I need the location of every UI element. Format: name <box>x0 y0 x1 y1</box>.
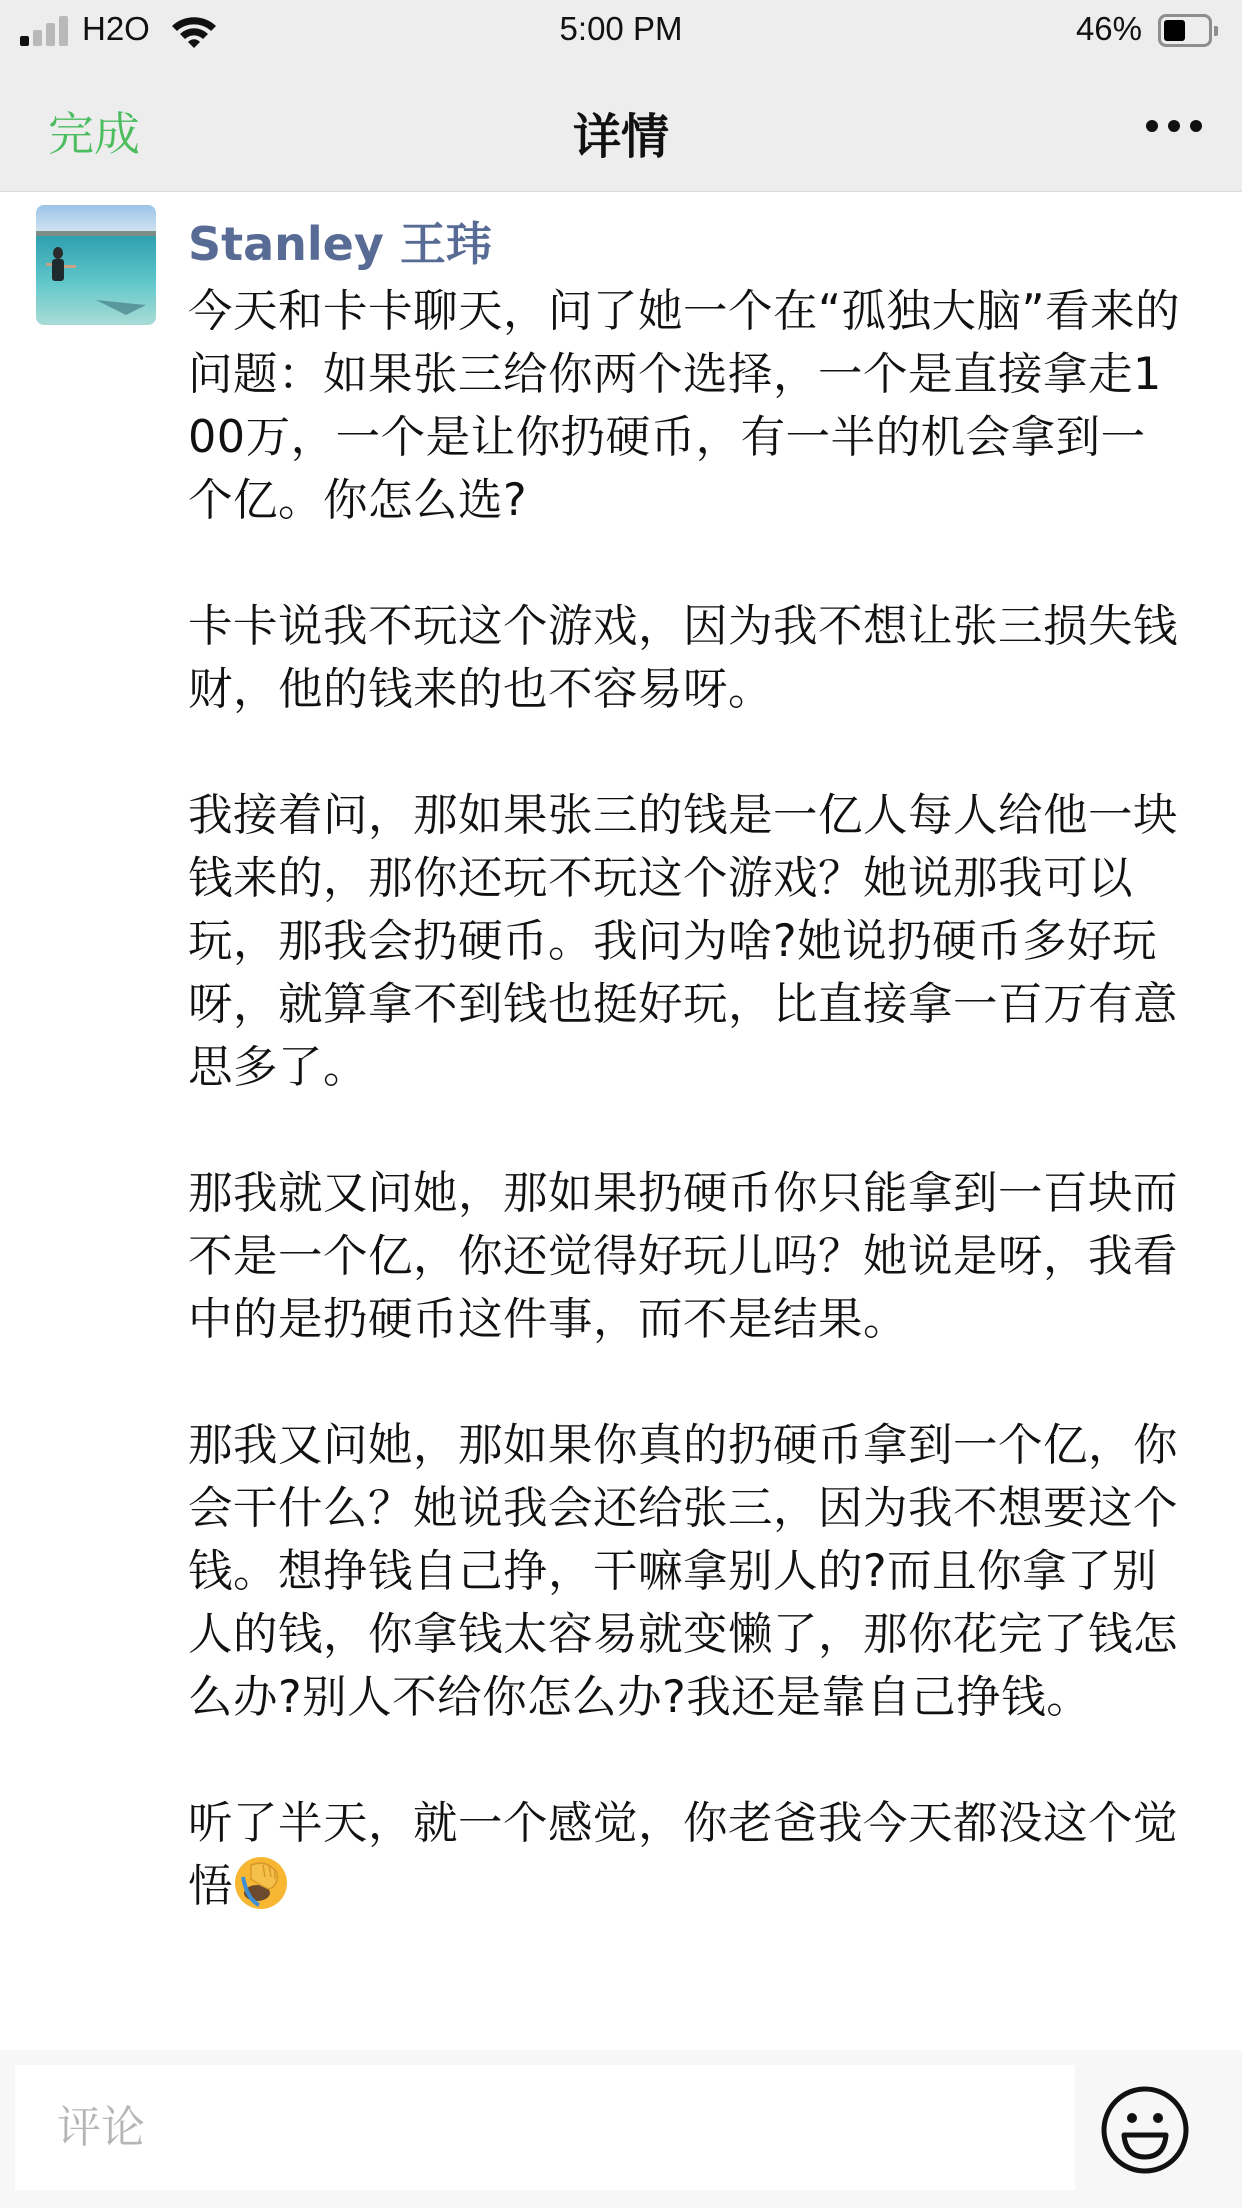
moment-detail-page: H2O 5:00 PM 46% 完成 详情 <box>0 0 1242 2208</box>
top-bar: H2O 5:00 PM 46% 完成 详情 <box>0 0 1242 192</box>
post-paragraph-last: 听了半天，就一个感觉，你老爸我今天都没这个觉悟 <box>188 1792 1188 1918</box>
author-name[interactable]: Stanley 王玮 <box>188 208 492 274</box>
post-paragraph: 我接着问，那如果张三的钱是一亿人每人给他一块钱来的，那你还玩不玩这个游戏？她说那… <box>188 784 1188 1099</box>
status-bar: H2O 5:00 PM 46% <box>0 0 1242 62</box>
battery-icon <box>1158 14 1212 47</box>
battery-percent: 46% <box>1076 10 1142 48</box>
post-paragraph: 那我就又问她，那如果扔硬币你只能拿到一百块而不是一个亿，你还觉得好玩儿吗？她说是… <box>188 1162 1188 1351</box>
post-paragraph: 那我又问她，那如果你真的扔硬币拿到一个亿，你会干什么？她说我会还给张三，因为我不… <box>188 1414 1188 1729</box>
comment-bar <box>0 2050 1242 2208</box>
comment-input[interactable] <box>15 2065 1075 2190</box>
avatar-beach-photo-icon <box>36 205 156 325</box>
post-paragraph: 今天和卡卡聊天，问了她一个在“孤独大脑”看来的问题：如果张三给你两个选择，一个是… <box>188 280 1188 532</box>
navigation-bar: 完成 详情 <box>0 62 1242 192</box>
avatar[interactable] <box>36 205 156 325</box>
page-title: 详情 <box>0 98 1242 167</box>
post-paragraph: 卡卡说我不玩这个游戏，因为我不想让张三损失钱财，他的钱来的也不容易呀。 <box>188 595 1188 721</box>
post-paragraph-text: 听了半天，就一个感觉，你老爸我今天都没这个觉悟 <box>188 1798 1178 1912</box>
more-dots-icon[interactable] <box>1146 118 1202 134</box>
facepalm-laughing-emoji-icon <box>233 1855 289 1911</box>
smiley-icon[interactable] <box>1100 2085 1190 2175</box>
status-time: 5:00 PM <box>0 10 1242 48</box>
post-content: 今天和卡卡聊天，问了她一个在“孤独大脑”看来的问题：如果张三给你两个选择，一个是… <box>188 280 1188 1918</box>
